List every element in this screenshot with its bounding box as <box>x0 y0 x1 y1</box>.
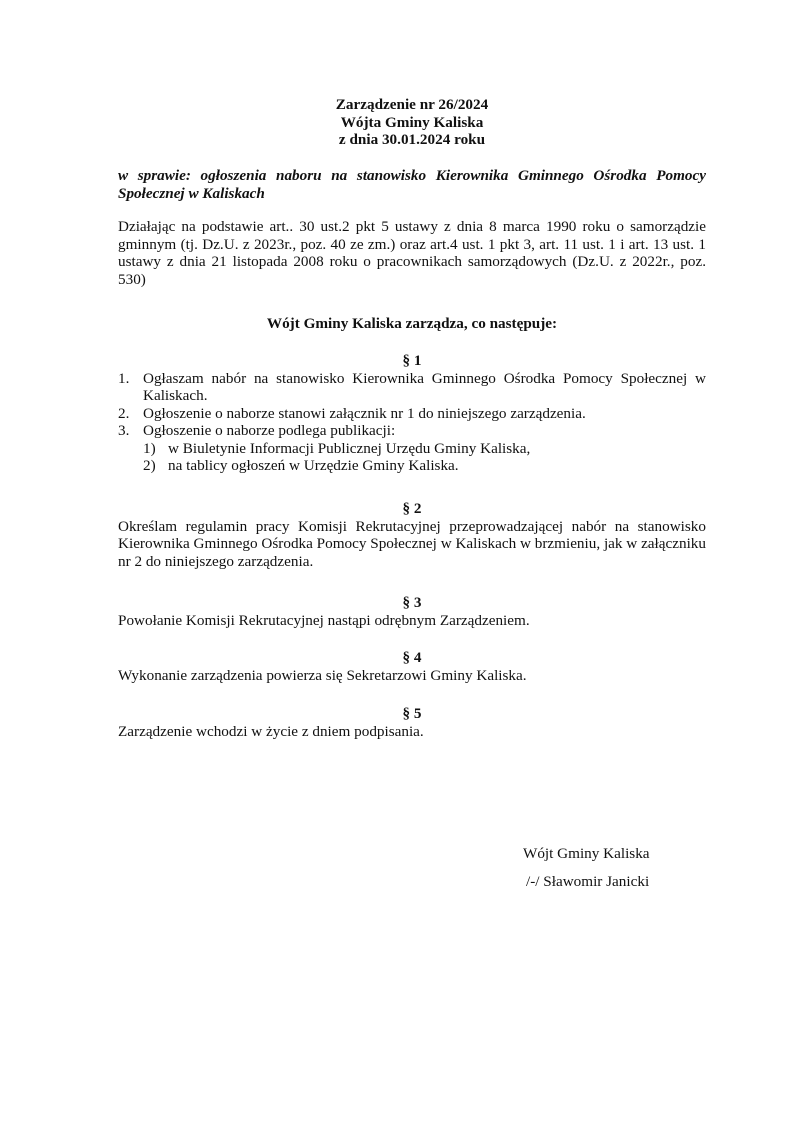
sublist-item-number: 2) <box>143 457 156 475</box>
sublist-item-text: w Biuletynie Informacji Publicznej Urzęd… <box>168 440 530 457</box>
list-item-text: Ogłoszenie o naborze stanowi załącznik n… <box>143 405 586 422</box>
document-subject: w sprawie: ogłoszenia naboru na stanowis… <box>118 167 706 202</box>
sublist-item: 1) w Biuletynie Informacji Publicznej Ur… <box>143 440 706 458</box>
signature-title: Wójt Gminy Kaliska <box>523 840 650 868</box>
list-item-text: Ogłaszam nabór na stanowisko Kierownika … <box>143 370 706 405</box>
decree-intro: Wójt Gminy Kaliska zarządza, co następuj… <box>118 315 706 333</box>
section-header: § 1 <box>118 352 706 370</box>
section-header: § 4 <box>118 649 706 667</box>
signature-name: /-/ Sławomir Janicki <box>523 868 650 896</box>
section-text: Powołanie Komisji Rekrutacyjnej nastąpi … <box>118 612 706 630</box>
section-1: § 1 1. Ogłaszam nabór na stanowisko Kier… <box>118 352 706 475</box>
section-2: § 2 Określam regulamin pracy Komisji Rek… <box>118 500 706 570</box>
section-text: Zarządzenie wchodzi w życie z dniem podp… <box>118 723 706 741</box>
title-line-3: z dnia 30.01.2024 roku <box>118 131 706 149</box>
list-item: 2. Ogłoszenie o naborze stanowi załączni… <box>118 405 706 423</box>
section-header: § 5 <box>118 705 706 723</box>
list-item-text: Ogłoszenie o naborze podlega publikacji: <box>143 422 395 439</box>
section-4: § 4 Wykonanie zarządzenia powierza się S… <box>118 649 706 684</box>
sublist-item-number: 1) <box>143 440 156 458</box>
section-text: Wykonanie zarządzenia powierza się Sekre… <box>118 667 706 685</box>
title-line-1: Zarządzenie nr 26/2024 <box>118 96 706 114</box>
section-text: Określam regulamin pracy Komisji Rekruta… <box>118 518 706 571</box>
list-item: 1. Ogłaszam nabór na stanowisko Kierowni… <box>118 370 706 405</box>
sublist-item: 2) na tablicy ogłoszeń w Urzędzie Gminy … <box>143 457 706 475</box>
list-item-number: 3. <box>118 422 129 440</box>
title-line-2: Wójta Gminy Kaliska <box>118 114 706 132</box>
list-item: 3. Ogłoszenie o naborze podlega publikac… <box>118 422 706 475</box>
section-1-list: 1. Ogłaszam nabór na stanowisko Kierowni… <box>118 370 706 475</box>
document-title: Zarządzenie nr 26/2024 Wójta Gminy Kalis… <box>118 96 706 149</box>
section-5: § 5 Zarządzenie wchodzi w życie z dniem … <box>118 705 706 740</box>
sublist-item-text: na tablicy ogłoszeń w Urzędzie Gminy Kal… <box>168 457 459 474</box>
section-header: § 3 <box>118 594 706 612</box>
list-item-number: 1. <box>118 370 129 388</box>
section-header: § 2 <box>118 500 706 518</box>
legal-basis: Działając na podstawie art.. 30 ust.2 pk… <box>118 218 706 288</box>
signature-block: Wójt Gminy Kaliska /-/ Sławomir Janicki <box>523 840 650 896</box>
list-item-number: 2. <box>118 405 129 423</box>
section-3: § 3 Powołanie Komisji Rekrutacyjnej nast… <box>118 594 706 629</box>
publication-sublist: 1) w Biuletynie Informacji Publicznej Ur… <box>143 440 706 475</box>
